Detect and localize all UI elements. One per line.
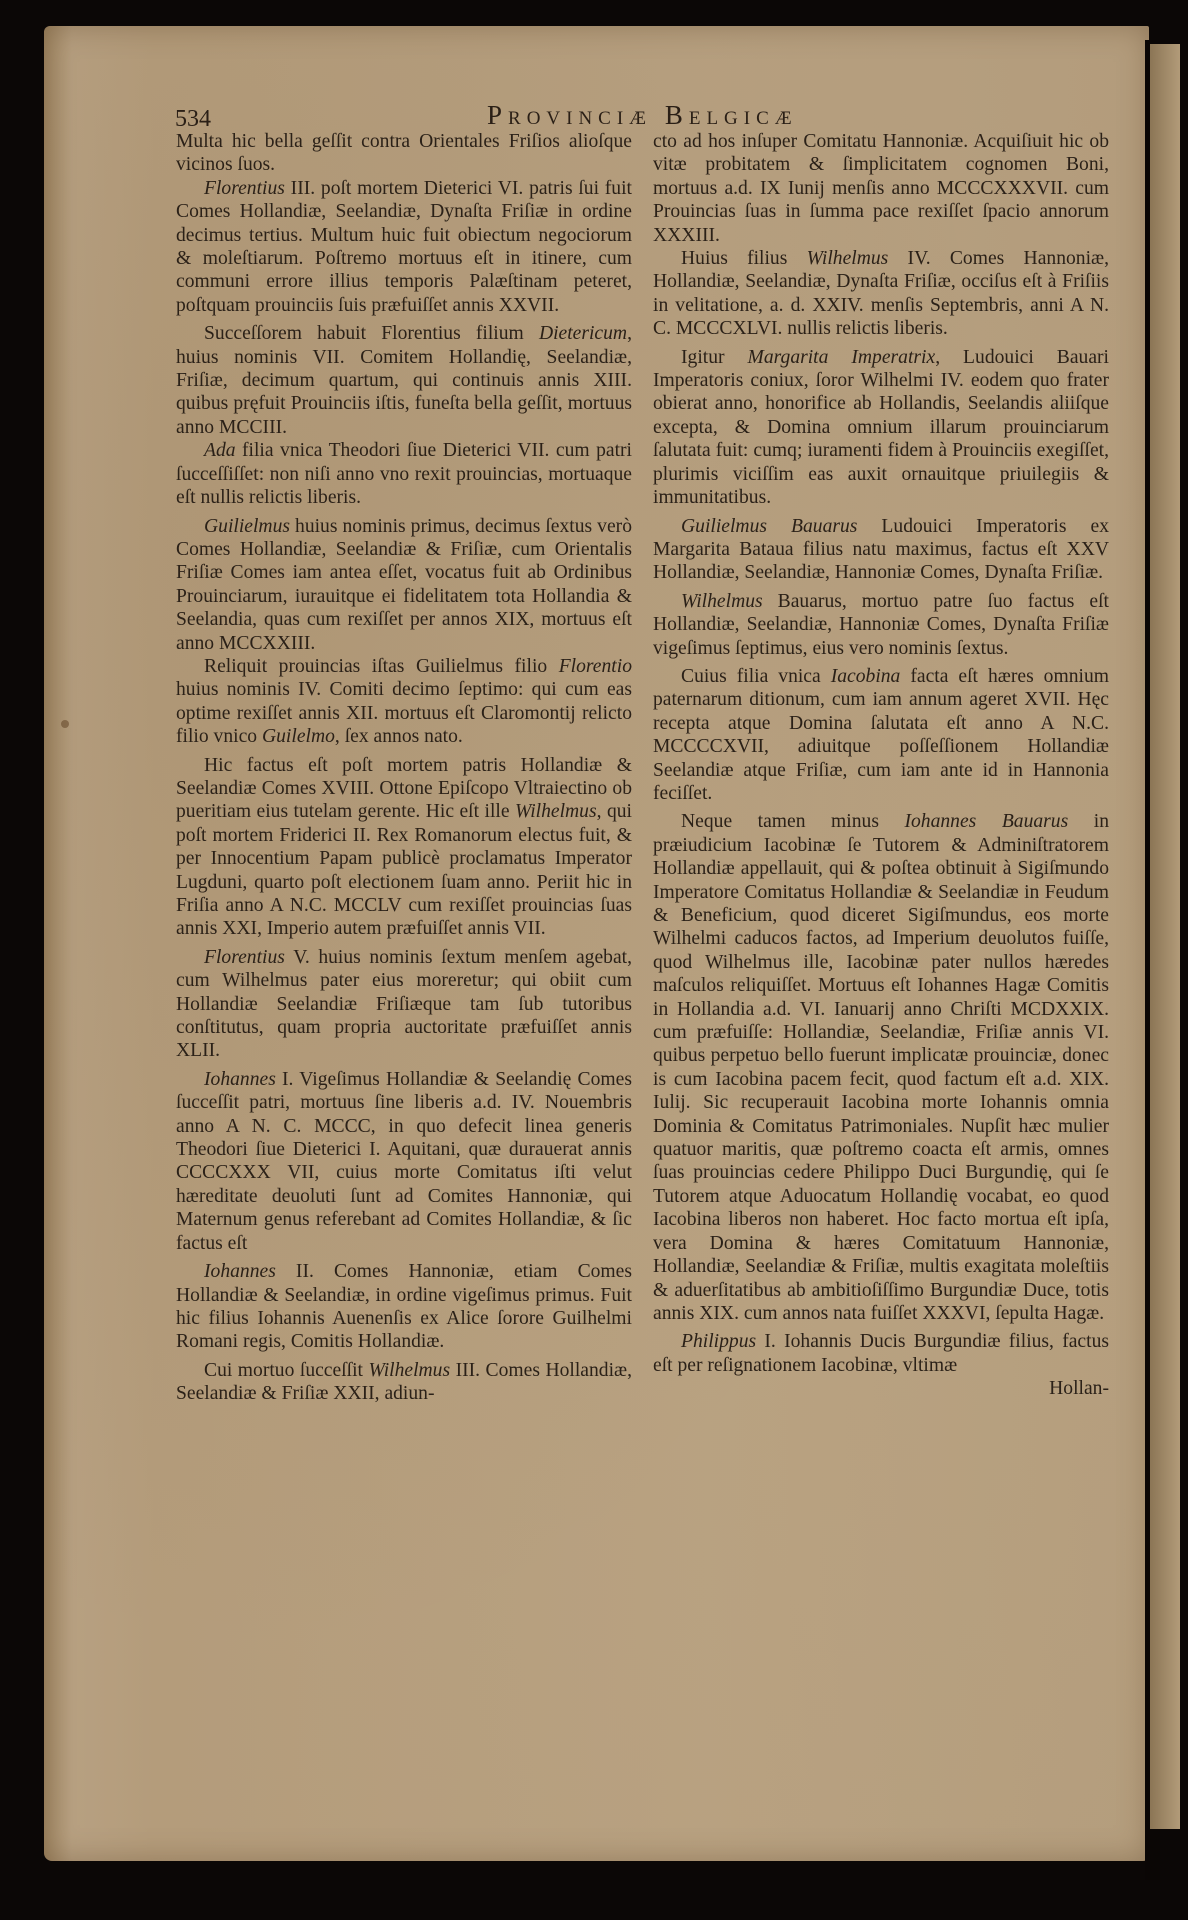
paragraph: Iohannes II. Comes Hannoniæ, etiam Comes… xyxy=(176,1260,632,1354)
right-text-column: cto ad hos inſuper Comitatu Hannoniæ. Ac… xyxy=(653,130,1109,1401)
paper-stain xyxy=(61,720,69,728)
paragraph: Philippus I. Iohannis Ducis Burgundiæ fi… xyxy=(653,1330,1109,1377)
paragraph: Florentius III. poſt mortem Dieterici VI… xyxy=(176,177,632,317)
catchword: Hollan- xyxy=(653,1377,1109,1400)
adjacent-page-edge xyxy=(1150,44,1180,1829)
paragraph: Cuius filia vnica Iacobina facta eſt hær… xyxy=(653,665,1109,805)
paragraph: Cui mortuo ſucceſſit Wilhelmus III. Come… xyxy=(176,1359,632,1406)
paragraph: Wilhelmus Bauarus, mortuo patre ſuo fact… xyxy=(653,590,1109,660)
paragraph: Reliquit prouincias iſtas Guilielmus fil… xyxy=(176,655,632,749)
paragraph: Huius filius Wilhelmus IV. Comes Hannoni… xyxy=(653,247,1109,341)
left-text-column: Multa hic bella geſſit contra Orientales… xyxy=(176,130,632,1406)
paragraph: cto ad hos inſuper Comitatu Hannoniæ. Ac… xyxy=(653,130,1109,247)
paragraph: Multa hic bella geſſit contra Orientales… xyxy=(176,130,632,177)
paragraph: Igitur Margarita Imperatrix, Ludouici Ba… xyxy=(653,346,1109,510)
paragraph: Iohannes I. Vigeſimus Hollandiæ & Seelan… xyxy=(176,1068,632,1255)
paragraph: Succeſſorem habuit Florentius filium Die… xyxy=(176,322,632,439)
paragraph: Florentius V. huius nominis ſextum menſe… xyxy=(176,946,632,1063)
paragraph: Neque tamen minus Iohannes Bauarus in pr… xyxy=(653,810,1109,1325)
paragraph: Guilielmus huius nominis primus, decimus… xyxy=(176,515,632,655)
paragraph: Ada filia vnica Theodori ſiue Dieterici … xyxy=(176,439,632,509)
paragraph: Hic factus eſt poſt mortem patris Hollan… xyxy=(176,754,632,941)
page-number: 534 xyxy=(175,106,211,133)
running-title: Provinciæ Belgicæ xyxy=(487,100,798,131)
paragraph: Guilielmus Bauarus Ludouici Imperatoris … xyxy=(653,515,1109,585)
